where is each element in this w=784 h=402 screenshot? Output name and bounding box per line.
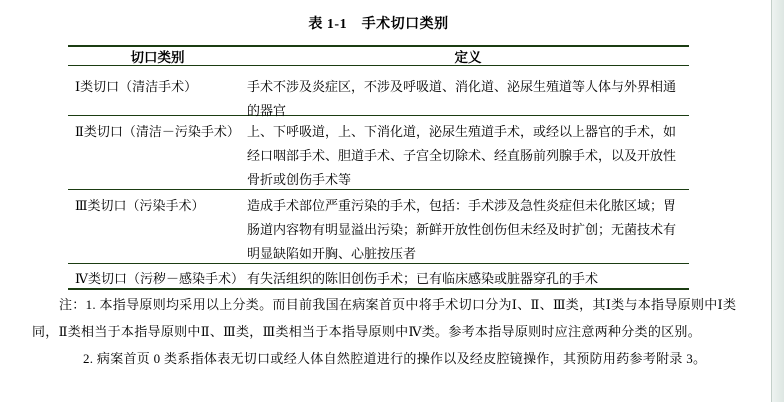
definition-cell: 有失活组织的陈旧创伤手术；已有临床感染或脏器穿孔的手术 [247,267,689,288]
definition-cell: 手术不涉及炎症区，不涉及呼吸道、消化道、泌尿生殖道等人体与外界相通的器官 [247,75,689,115]
notes-section: 注：1. 本指导原则均采用以上分类。而目前我国在病案首页中将手术切口分为Ⅰ、Ⅱ、… [32,291,746,372]
page-title: 表 1-1 手术切口类别 [68,13,689,33]
definition-cell: 上、下呼吸道，上、下消化道，泌尿生殖道手术，或经以上器官的手术，如经口咽部手术、… [247,120,689,189]
header-cell-definition: 定义 [247,46,689,66]
definition-cell: 造成手术部位严重污染的手术，包括：手术涉及急性炎症但未化脓区域；胃肠道内容物有明… [247,194,689,263]
note-paragraph-1: 注：1. 本指导原则均采用以上分类。而目前我国在病案首页中将手术切口分为Ⅰ、Ⅱ、… [32,291,746,345]
note-paragraph-2: 2. 病案首页 0 类系指体表无切口或经人体自然腔道进行的操作以及经皮腔镜操作，… [32,345,746,372]
table-row: Ⅲ类切口（污染手术） 造成手术部位严重污染的手术，包括：手术涉及急性炎症但未化脓… [68,190,689,264]
table-row: Ⅰ类切口（清洁手术） 手术不涉及炎症区，不涉及呼吸道、消化道、泌尿生殖道等人体与… [68,66,689,116]
category-cell: Ⅳ类切口（污秽－感染手术） [68,267,247,288]
incision-table: 切口类别 定义 Ⅰ类切口（清洁手术） 手术不涉及炎症区，不涉及呼吸道、消化道、泌… [68,45,689,290]
category-cell: Ⅱ类切口（清洁－污染手术） [68,120,247,189]
category-cell: Ⅲ类切口（污染手术） [68,194,247,263]
table-header-row: 切口类别 定义 [68,47,689,66]
window-scrollbar[interactable] [771,0,784,402]
category-cell: Ⅰ类切口（清洁手术） [68,75,247,115]
table-row: Ⅳ类切口（污秽－感染手术） 有失活组织的陈旧创伤手术；已有临床感染或脏器穿孔的手… [68,264,689,290]
document-page: 表 1-1 手术切口类别 切口类别 定义 Ⅰ类切口（清洁手术） 手术不涉及炎症区… [0,0,784,402]
header-cell-category: 切口类别 [68,46,247,66]
table-row: Ⅱ类切口（清洁－污染手术） 上、下呼吸道，上、下消化道，泌尿生殖道手术，或经以上… [68,116,689,190]
